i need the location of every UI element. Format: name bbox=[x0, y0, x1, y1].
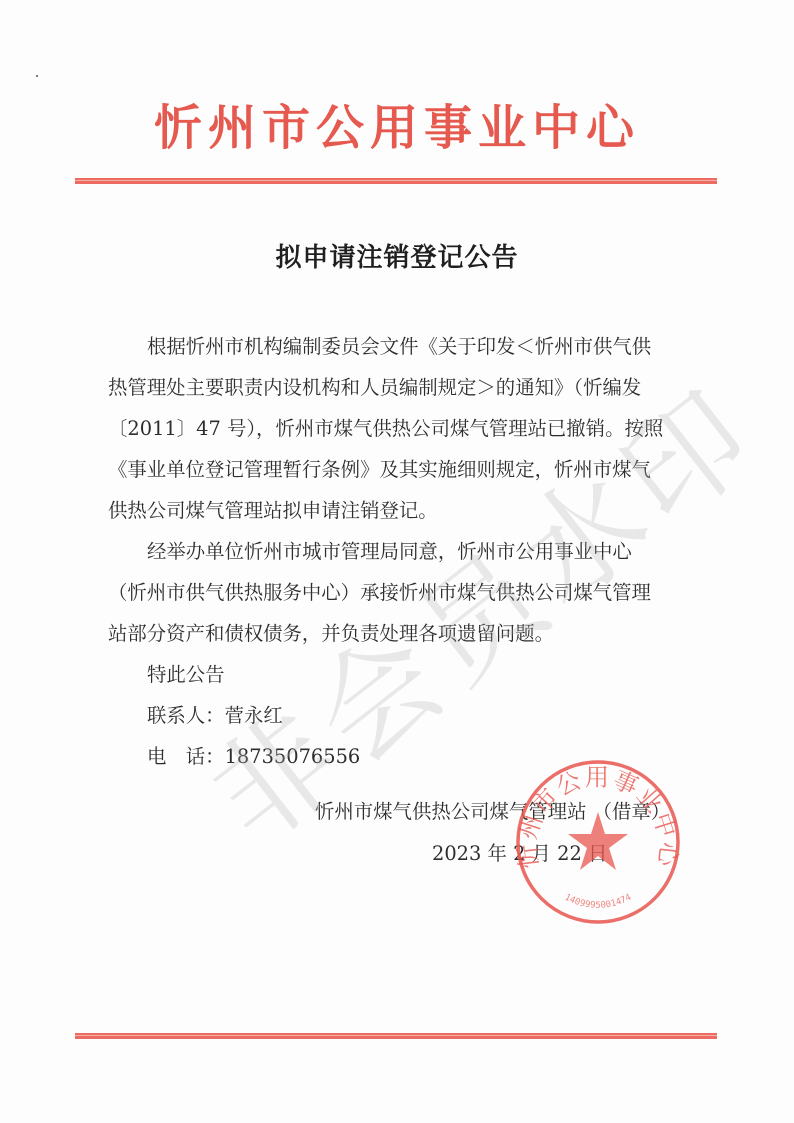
footer-red-rule bbox=[75, 1033, 717, 1039]
scan-speck bbox=[36, 75, 38, 77]
closing-phrase: 特此公告 bbox=[108, 654, 708, 695]
document-title: 拟申请注销登记公告 bbox=[0, 240, 794, 276]
paragraph-2-line-2: （忻州市供气供热服务中心）承接忻州市煤气供热公司煤气管理 bbox=[108, 572, 708, 613]
contact-phone-number: 18735076556 bbox=[225, 745, 361, 768]
paragraph-1-line-2: 热管理处主要职责内设机构和人员编制规定＞的通知》（忻编发 bbox=[108, 367, 708, 408]
paragraph-2-line-1: 经举办单位忻州市城市管理局同意，忻州市公用事业中心 bbox=[108, 531, 708, 572]
contact-phone-label: 电 话： bbox=[147, 745, 225, 768]
seal-code: 1409995001474 bbox=[563, 893, 633, 911]
paragraph-1-line-5: 供热公司煤气管理站拟申请注销登记。 bbox=[108, 490, 708, 531]
letterhead-organization: 忻州市公用事业中心 bbox=[0, 98, 794, 158]
document-page: 忻州市公用事业中心 拟申请注销登记公告 根据忻州市机构编制委员会文件《关于印发＜… bbox=[0, 0, 794, 1123]
contact-phone-row: 电 话：18735076556 bbox=[108, 736, 708, 777]
paragraph-2-line-3: 站部分资产和债权债务，并负责处理各项遗留问题。 bbox=[108, 613, 708, 654]
paragraph-1-line-3: 〔2011〕47 号），忻州市煤气供热公司煤气管理站已撤销。按照 bbox=[108, 408, 708, 449]
document-body: 根据忻州市机构编制委员会文件《关于印发＜忻州市供气供 热管理处主要职责内设机构和… bbox=[108, 326, 708, 777]
paragraph-1-line-1: 根据忻州市机构编制委员会文件《关于印发＜忻州市供气供 bbox=[108, 326, 708, 367]
contact-person-name: 菅永红 bbox=[225, 704, 283, 727]
signature-organization: 忻州市煤气供热公司煤气管理站 （借章） bbox=[315, 796, 670, 824]
letterhead-red-rule bbox=[75, 178, 717, 184]
signature-date: 2023 年 2 月 22 日 bbox=[432, 838, 607, 866]
contact-person-row: 联系人：菅永红 bbox=[108, 695, 708, 736]
paragraph-1-line-4: 《事业单位登记管理暂行条例》及其实施细则规定，忻州市煤气 bbox=[108, 449, 708, 490]
svg-text:1409995001474: 1409995001474 bbox=[563, 893, 633, 911]
contact-person-label: 联系人： bbox=[147, 704, 225, 727]
